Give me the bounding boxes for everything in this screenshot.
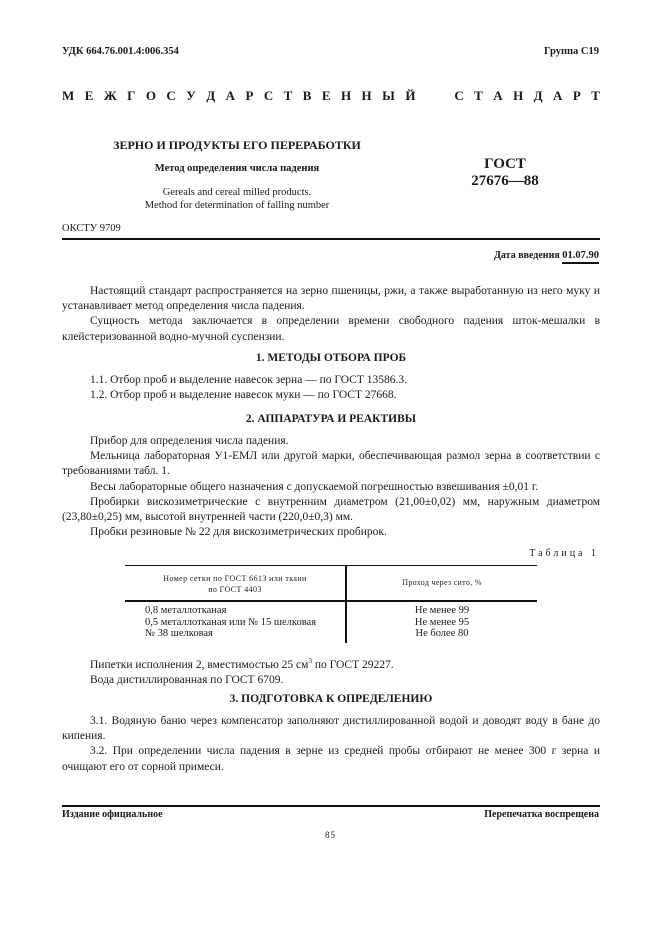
table-cell: № 38 шелковая — [145, 628, 316, 640]
section-2-heading: 2. АППАРАТУРА И РЕАКТИВЫ — [62, 412, 600, 427]
table-header-sieve-line-1: Номер сетки по ГОСТ 6613 или ткани — [125, 573, 345, 584]
table-cell: Не более 80 — [347, 628, 537, 640]
header-divider — [62, 238, 600, 240]
reprint-prohibited-note: Перепечатка воспрещена — [484, 809, 599, 820]
banner-letter: О — [146, 88, 156, 104]
intro-date: Дата введения 01.07.90 — [494, 250, 599, 261]
table-header-pass: Проход через сито, % — [347, 578, 537, 587]
pipettes-text: Пипетки исполнения 2, вместимостью 25 см — [90, 659, 308, 671]
section-paragraph: Весы лабораторные общего назначения с до… — [62, 480, 600, 495]
okstu-code: ОКСТУ 9709 — [62, 223, 121, 234]
section-3-body: 3.1. Водяную баню через компенсатор запо… — [62, 714, 600, 775]
section-1-body: 1.1. Отбор проб и выделение навесок зерн… — [62, 373, 600, 403]
gost-label: ГОСТ — [440, 156, 570, 173]
group-code: Группа С19 — [544, 46, 599, 57]
banner-letter: Н — [513, 88, 523, 104]
banner-letter: А — [553, 88, 562, 104]
banner-letter: Р — [573, 88, 581, 104]
banner-letter: Т — [284, 88, 293, 104]
footer-divider — [62, 805, 600, 807]
sieve-table: Номер сетки по ГОСТ 6613 или ткани по ГО… — [125, 565, 537, 643]
table-cell: Не менее 99 — [347, 605, 537, 617]
banner-letter: С — [264, 88, 273, 104]
table-header-rule — [125, 600, 537, 602]
banner-letter: Й — [405, 88, 415, 104]
section-2-body: Прибор для определения числа падения. Ме… — [62, 434, 600, 540]
banner-letter: А — [226, 88, 235, 104]
pipettes-text-end: по ГОСТ 29227. — [312, 659, 394, 671]
banner-letter: А — [493, 88, 502, 104]
banner-letter: В — [303, 88, 312, 104]
section-paragraph: Пробирки вискозиметрические с внутренним… — [62, 495, 600, 525]
table-cell: 0,8 металлотканая — [145, 605, 316, 617]
section-paragraph: Пипетки исполнения 2, вместимостью 25 см… — [62, 654, 600, 673]
banner-letter: Р — [245, 88, 253, 104]
banner-letter: Д — [534, 88, 543, 104]
english-title: Gereals and cereal milled products. Meth… — [62, 186, 412, 212]
page-number: 85 — [0, 830, 661, 840]
table-column-pass: Не менее 99 Не менее 95 Не более 80 — [347, 605, 537, 640]
gost-number: 27676—88 — [440, 173, 570, 190]
section-paragraph: 3.2. При определении числа падения в зер… — [62, 744, 600, 774]
banner-letter: М — [62, 88, 74, 104]
document-title: ЗЕРНО И ПРОДУКТЫ ЕГО ПЕРЕРАБОТКИ — [62, 138, 412, 153]
table-caption: Таблица 1 — [529, 548, 599, 559]
banner-letter: Ы — [382, 88, 395, 104]
english-title-line-1: Gereals and cereal milled products. — [62, 186, 412, 199]
banner-letter: Т — [474, 88, 483, 104]
section-paragraph: 1.1. Отбор проб и выделение навесок зерн… — [62, 373, 600, 388]
gost-designation: ГОСТ 27676—88 — [440, 156, 570, 190]
table-header-sieve: Номер сетки по ГОСТ 6613 или ткани по ГО… — [125, 573, 345, 595]
section-3-heading: 3. ПОДГОТОВКА К ОПРЕДЕЛЕНИЮ — [62, 692, 600, 707]
table-top-rule — [125, 565, 537, 566]
official-edition-note: Издание официальное — [62, 809, 163, 820]
section-paragraph: 3.1. Водяную баню через компенсатор запо… — [62, 714, 600, 744]
table-cell: 0,5 металлотканая или № 15 шелковая — [145, 617, 316, 629]
section-1-heading: 1. МЕТОДЫ ОТБОРА ПРОБ — [62, 351, 600, 366]
section-paragraph: 1.2. Отбор проб и выделение навесок муки… — [62, 388, 600, 403]
intro-paragraph: Сущность метода заключается в определени… — [62, 314, 600, 344]
section-paragraph: Пробки резиновые № 22 для вискозиметриче… — [62, 525, 600, 540]
intro-paragraph: Настоящий стандарт распространяется на з… — [62, 284, 600, 314]
interstate-standard-banner: МЕЖГОСУДАРСТВЕННЫЙ СТАНДАРТ — [62, 88, 600, 104]
banner-letter: Ж — [104, 88, 117, 104]
banner-letter: С — [454, 88, 463, 104]
document-subtitle: Метод определения числа падения — [62, 163, 412, 174]
banner-letter: Г — [127, 88, 135, 104]
banner-letter: Н — [341, 88, 351, 104]
banner-gap — [426, 88, 444, 104]
section-paragraph: Вода дистиллированная по ГОСТ 6709. — [62, 673, 600, 688]
table-header-sieve-line-2: по ГОСТ 4403 — [125, 584, 345, 595]
english-title-line-2: Method for determination of falling numb… — [62, 199, 412, 212]
table-column-sieve: 0,8 металлотканая 0,5 металлотканая или … — [145, 605, 316, 640]
banner-letter: У — [186, 88, 196, 104]
intro-date-label: Дата введения — [494, 250, 560, 261]
table-cell: Не менее 95 — [347, 617, 537, 629]
intro-date-value: 01.07.90 — [562, 250, 599, 264]
section-paragraph: Прибор для определения числа падения. — [62, 434, 600, 449]
banner-letter: Е — [85, 88, 94, 104]
section-paragraph: Мельница лабораторная У1-ЕМЛ или другой … — [62, 449, 600, 479]
banner-letter: Т — [591, 88, 600, 104]
banner-letter: Н — [362, 88, 372, 104]
udk-code: УДК 664.76.001.4:006.354 — [62, 46, 179, 57]
section-2-body-continued: Пипетки исполнения 2, вместимостью 25 см… — [62, 654, 600, 688]
intro-text: Настоящий стандарт распространяется на з… — [62, 284, 600, 345]
banner-letter: С — [166, 88, 175, 104]
banner-letter: Е — [322, 88, 331, 104]
banner-letter: Д — [206, 88, 215, 104]
